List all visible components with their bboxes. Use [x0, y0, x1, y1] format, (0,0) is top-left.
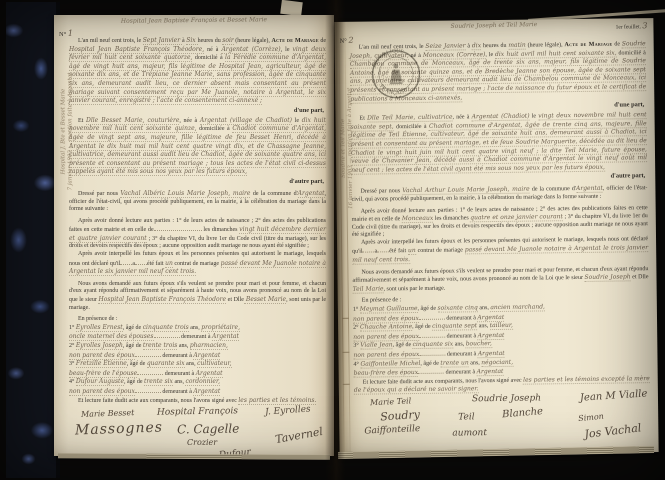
printed-text: Et: [78, 118, 86, 124]
blank-dotted-line: [377, 247, 389, 253]
handwritten-text: non parent des époux: [69, 388, 135, 396]
printed-text: ans,: [478, 305, 491, 311]
printed-text: domiciliée à: [394, 124, 429, 130]
printed-text: 3°: [69, 361, 76, 367]
printed-text: de la commune d': [530, 186, 576, 193]
act-lecture: Après avoir donné lecture aux parties : …: [69, 218, 326, 251]
handwritten-text: Argentat: [193, 388, 220, 396]
printed-text: été fait: [147, 261, 165, 267]
printed-text: ans,: [173, 379, 186, 385]
right-page: Soudrie et Teil Marie 16 janvier 1903 — …: [334, 18, 658, 456]
printed-text: domiciliée à: [197, 126, 233, 132]
handwritten-text: Argentat (village de Chadiot): [200, 117, 292, 125]
act-number-value: 2: [348, 36, 353, 45]
act-closing: Et lecture faite dudit acte aux comparan…: [69, 397, 326, 406]
handwritten-text: un: [408, 247, 416, 255]
printed-text: 4°: [69, 379, 76, 385]
printed-text: , âgé de: [123, 325, 143, 331]
printed-text: domicilié à: [192, 55, 225, 61]
printed-text: Dressé par nous: [78, 191, 120, 197]
act-number: N° 1: [59, 29, 73, 38]
handwritten-text: soixante cinq: [437, 304, 477, 312]
handwritten-text: Argentat: [478, 350, 505, 358]
printed-text: ans,: [185, 361, 198, 367]
printed-text: été fait: [389, 249, 408, 255]
handwritten-text: Argentat: [478, 332, 505, 340]
signature: Gaiffonteille: [364, 424, 420, 437]
printed-text: , âgé de: [127, 361, 147, 367]
witness-line: non parent des époux demeurant à Argenta…: [69, 351, 326, 361]
feuillet-label: 1er feuillet.: [616, 24, 641, 30]
act-bride: Et Dlle Teil Marie, cultivatrice, née à …: [350, 111, 647, 175]
act-bride: Et Dlle Besset Marie, couturière, née à …: [69, 117, 326, 177]
handwritten-text: non parent des époux: [69, 352, 135, 360]
handwritten-text: Meymat Guillaume: [360, 305, 418, 314]
handwritten-text: Dufour Auguste: [76, 378, 124, 386]
printed-text: 1°: [69, 325, 76, 331]
printed-text: le: [292, 118, 302, 124]
margin-note: Hospital J. Bte et Besset Marie 7 janvie…: [61, 57, 74, 207]
blank-dotted-line: [419, 331, 445, 337]
printed-text: ans,: [469, 360, 482, 366]
handwritten-text: Fretzille Étienne: [76, 360, 127, 368]
handwritten-text: les parties et les témoins.: [238, 397, 316, 405]
handwritten-text: soir: [222, 37, 233, 45]
binding-stitch: [342, 352, 349, 353]
handwritten-text: non parent des époux: [353, 315, 419, 324]
une-part-line: d'une part,: [69, 107, 324, 115]
witness-line: 4° Dufour Auguste, âgé de trente six ans…: [69, 378, 326, 387]
handwritten-text: non parent des époux: [353, 351, 419, 360]
printed-text: , le: [485, 52, 495, 58]
printed-text: Et lecture faite dudit acte aux comparan…: [363, 377, 523, 385]
printed-heading-text: Acte de Mariage: [564, 42, 612, 49]
presence-label-text: En présence de :: [362, 298, 402, 304]
act-interpelle: Après avoir interpellé les futurs époux …: [69, 251, 326, 277]
handwritten-text: Argentat: [477, 368, 504, 376]
handwritten-text: Eyrolles Joseph: [76, 342, 123, 350]
handwritten-text: cinquante six: [413, 341, 454, 349]
signature: aumont: [452, 428, 487, 438]
handwritten-text: Dlle Teil Marie, cultivatrice: [367, 114, 453, 123]
printed-text: , âgé de: [412, 324, 432, 330]
handwritten-text: Argentat: [477, 314, 504, 322]
handwritten-text: propriétaire,: [201, 324, 240, 332]
handwritten-text: Hospital Jean Baptiste François Théodore: [98, 296, 226, 304]
signature: Soudry: [380, 408, 421, 424]
handwritten-text: quatre et onze janvier courant: [470, 213, 563, 222]
handwritten-text: cinquante sept: [432, 322, 477, 331]
printed-text: le: [530, 114, 539, 120]
printed-text: demeurant à: [445, 315, 478, 321]
signature: Jos Vachal: [584, 421, 642, 441]
act-lecture: Après avoir donné lecture aux parties : …: [352, 205, 648, 240]
printed-text: et Dlle: [226, 297, 244, 303]
handwritten-text: Vialle Jean: [360, 342, 393, 350]
printed-text: contrat de mariage: [173, 261, 221, 267]
printed-text: Et: [360, 116, 368, 122]
handwritten-text: quarante six: [147, 360, 185, 368]
witness-line: oncle maternel des épouses demeurant à A…: [69, 332, 326, 342]
handwritten-text: trente trois: [143, 342, 177, 350]
act-body: L'an mil neuf cent trois, le Sept Janvie…: [69, 37, 326, 465]
act-union: Nous avons demandé aux futurs époux s'il…: [69, 281, 326, 312]
signature: J. Eyrolles: [265, 405, 311, 418]
printed-text: de: [319, 38, 326, 44]
printed-text: , sont unis par le mariage.: [383, 285, 445, 292]
act-number: N° 2: [340, 36, 354, 45]
handwritten-text: Argentat: [576, 185, 603, 193]
printed-text: domicilié à: [617, 50, 646, 56]
blank-dotted-line: [418, 368, 444, 374]
blank-dotted-line: [154, 332, 180, 338]
printed-text: 4°: [354, 361, 361, 367]
handwritten-text: négociant,: [481, 358, 513, 366]
signature: Marie Teil: [370, 396, 412, 407]
printed-text: de la commune d': [250, 191, 297, 197]
handwritten-text: Chauche Antoine: [360, 323, 412, 332]
handwritten-text: cultivateur,: [197, 360, 231, 368]
printed-text: ans,: [477, 323, 490, 329]
handwritten-text: beau-frère de l'épouse: [69, 370, 137, 378]
printed-text: demeurant à: [444, 369, 477, 375]
witness-line: 1° Eyrolles Ernest, âgé de cinquante tro…: [69, 324, 326, 333]
printed-text: demeurant à: [180, 334, 212, 340]
blank-dotted-line: [419, 350, 445, 356]
handwritten-text: Hospital Jean Baptiste François Théodore…: [69, 46, 204, 54]
printed-text: , âgé de: [420, 360, 440, 366]
printed-text: les dimanches: [202, 227, 240, 233]
printed-text: les dimanches: [433, 215, 470, 221]
handwritten-text: Dlle Besset Marie, couturière: [86, 117, 179, 125]
handwritten-text: matin: [508, 42, 526, 50]
handwritten-text: Monceaux: [402, 215, 433, 223]
handwritten-text: Six: [186, 37, 197, 45]
printed-text: (heure légale),: [234, 38, 272, 44]
printed-text: Dressé par nous: [360, 188, 402, 195]
signature: Teil: [458, 412, 475, 422]
printed-text: de: [612, 41, 621, 47]
blank-dotted-line: [135, 351, 161, 357]
printed-text: , âgé de: [123, 343, 143, 349]
folio-number: 3: [642, 21, 647, 30]
printed-text: , âgé de: [418, 306, 438, 312]
signature: Soudrie Joseph: [472, 393, 541, 404]
running-title: Hospital Jean Baptiste François et Besse…: [54, 16, 334, 26]
printed-text: , le: [281, 47, 293, 53]
signature: Simon: [578, 412, 604, 423]
act-opening: L'an mil neuf cent trois, le Sept Janvie…: [69, 37, 326, 106]
act-officiant: Dressé par nous Vachal Albéric Louis Mar…: [69, 190, 326, 214]
printed-text: ans,: [189, 325, 202, 331]
handwritten-text: tailleur,: [490, 322, 513, 330]
printed-text: , âgé de: [393, 342, 413, 348]
handwritten-text: cinquante trois: [143, 324, 189, 332]
handwritten-text: Seize Janvier: [425, 42, 465, 50]
signature: Massognes: [75, 420, 163, 439]
signature: Hospital François: [157, 406, 238, 417]
printed-text: heures du: [481, 43, 508, 49]
handwritten-text: cordonnier,: [185, 378, 220, 386]
printed-text: demeurant à: [163, 371, 195, 377]
blank-dotted-line: [120, 259, 132, 265]
handwritten-text: Eyrolles Ernest: [76, 324, 123, 332]
handwritten-text: trente six: [144, 378, 173, 386]
autre-part-line: d'autre part,: [69, 178, 324, 186]
handwritten-text: Monceaux (Corrèze): [423, 51, 486, 60]
printed-text: , âgé de: [124, 379, 144, 385]
running-title: Soudrie Joseph et Teil Marie: [334, 18, 653, 32]
printed-text: (heure légale),: [526, 42, 565, 48]
printed-text: demeurant à: [445, 333, 478, 339]
left-page: Hospital J. Bte et Besset Marie 7 janvie…: [54, 15, 334, 456]
presence-label-text: En présence de :: [78, 316, 117, 322]
folio-header: 1er feuillet. 3: [616, 21, 648, 30]
act-number-label: N°: [59, 31, 66, 38]
margin-note-line: 7 janvier 1903 — mention faite à Argenta…: [67, 57, 74, 207]
svg-text:RÉPUBLIQUE: RÉPUBLIQUE: [371, 48, 405, 68]
blank-dotted-line: [363, 247, 375, 253]
printed-text: , née à: [179, 118, 200, 124]
signature: C. Cagelle: [177, 422, 240, 437]
printed-text: , née à: [452, 114, 471, 120]
signature: Marie Besset: [81, 408, 135, 419]
binding-stitch: [343, 384, 350, 385]
handwritten-text: Argentat (Corrèze): [221, 46, 280, 54]
signature: Blanche: [502, 406, 544, 420]
act-number-label: N°: [340, 38, 347, 45]
act-officiant: Dressé par nous Vachal Arthur Louis Mari…: [351, 184, 647, 204]
svg-text:FRANÇAISE: FRANÇAISE: [378, 83, 409, 96]
register-photograph: Hospital J. Bte et Besset Marie 7 janvie…: [0, 0, 665, 480]
handwritten-text: Gaiffonteille Michel: [360, 360, 420, 369]
printed-text: Et lecture faite dudit acte aux comparan…: [78, 398, 238, 404]
handwritten-text: Argentat: [212, 333, 239, 341]
presence-label: En présence de :: [69, 316, 326, 324]
witness-line: 2° Eyrolles Joseph, âgé de trente trois …: [69, 342, 326, 351]
act-interpelle: Après avoir interpellé les futurs époux …: [352, 236, 648, 265]
witness-line: non parent des époux demeurant à Argenta…: [69, 387, 326, 397]
handwritten-text: boucher,: [466, 340, 492, 348]
witness-line: beau-frère de l'épouse demeurant à Argen…: [69, 369, 326, 379]
handwritten-text: Vachal Albéric Louis Marie Joseph, maire: [120, 190, 250, 198]
signature: Tavernel: [274, 425, 324, 446]
handwritten-text: trente un: [440, 359, 468, 367]
printed-text: demeurant à: [445, 351, 478, 357]
act-body: L'an mil neuf cent trois, le Seize Janvi…: [350, 40, 651, 456]
printed-text: 1°: [353, 307, 360, 313]
handwritten-text: oncle maternel des épouses: [69, 333, 154, 341]
blank-dotted-line: [135, 259, 147, 265]
printed-text: 2°: [353, 325, 360, 331]
handwritten-text: pharmacien,: [190, 342, 228, 350]
margin-note: Soudrie et Teil Marie 16 janvier 1903 — …: [339, 73, 354, 223]
printed-text: demeurant à: [161, 353, 193, 359]
printed-text: né à: [204, 47, 221, 53]
handwritten-text: Argentat: [298, 190, 325, 198]
stamp-figure: [390, 64, 403, 84]
printed-heading-text: Acte de Mariage: [271, 38, 318, 44]
printed-text: 3°: [353, 343, 360, 349]
printed-text: L'an mil neuf cent trois, le: [78, 38, 143, 44]
printed-text: demeurant à: [161, 389, 193, 395]
printed-text: ans,: [453, 342, 466, 348]
binding-stitch: [342, 318, 349, 319]
handwritten-text: beau-frère des époux: [354, 369, 419, 378]
blank-dotted-line: [137, 369, 163, 375]
handwritten-text: ancien marchand,: [490, 303, 545, 312]
handwritten-text: Besset Marie: [244, 296, 286, 304]
handwritten-text: Sept Janvier: [143, 37, 182, 45]
handwritten-text: un: [165, 260, 173, 268]
handwritten-text: Argentat: [196, 370, 223, 378]
blank-dotted-line: [154, 225, 202, 231]
book-cover-marbled: [6, 2, 60, 478]
page-corner-tab: [280, 0, 303, 16]
blank-dotted-line: [135, 387, 161, 393]
act-union: Nous avons demandé aux futurs époux s'il…: [352, 266, 648, 294]
witness-line: 3° Fretzille Étienne, âgé de quarante si…: [69, 360, 326, 369]
printed-text: et Dlle: [631, 274, 649, 280]
handwritten-text: non parent des époux: [353, 333, 419, 342]
republique-francaise-stamp-icon: RÉPUBLIQUE FRANÇAISE: [369, 47, 424, 102]
printed-text: ans,: [177, 343, 190, 349]
blank-dotted-line: [419, 313, 445, 319]
printed-text: 2°: [69, 343, 76, 349]
signature: Crozier: [187, 438, 217, 447]
handwritten-text: Argentat: [193, 352, 220, 360]
handwritten-text: Argentat (Chadiot): [472, 113, 530, 122]
act-number-value: 1: [68, 29, 73, 38]
printed-text: contrat de mariage: [416, 248, 465, 255]
printed-text: heures du: [198, 38, 223, 44]
handwritten-text: Soudrie Joseph: [584, 274, 630, 283]
